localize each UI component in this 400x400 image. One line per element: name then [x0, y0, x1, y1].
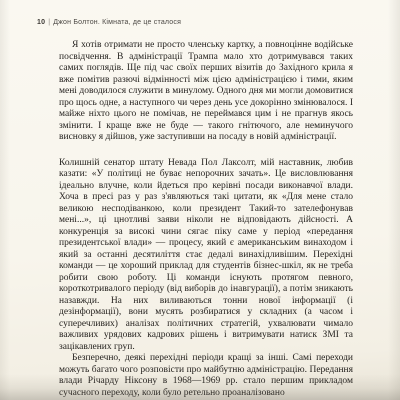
book-page-scan: 10|Джон Болтон. Кімната, де це сталося Я…: [0, 0, 400, 400]
body-paragraph-2: Колишній сенатор штату Невада Пол Лаксол…: [59, 158, 353, 354]
page-number: 10: [37, 19, 45, 26]
running-header-title: Джон Болтон. Кімната, де це сталося: [53, 19, 181, 26]
body-paragraph-3: Безперечно, деякі перехідні періоди кращ…: [59, 353, 353, 399]
header-separator: |: [45, 19, 53, 26]
body-paragraph-1: Я хотів отримати не просто членську карт…: [59, 40, 353, 144]
running-header: 10|Джон Болтон. Кімната, де це сталося: [37, 19, 181, 26]
page-body: Я хотів отримати не просто членську карт…: [59, 40, 353, 399]
